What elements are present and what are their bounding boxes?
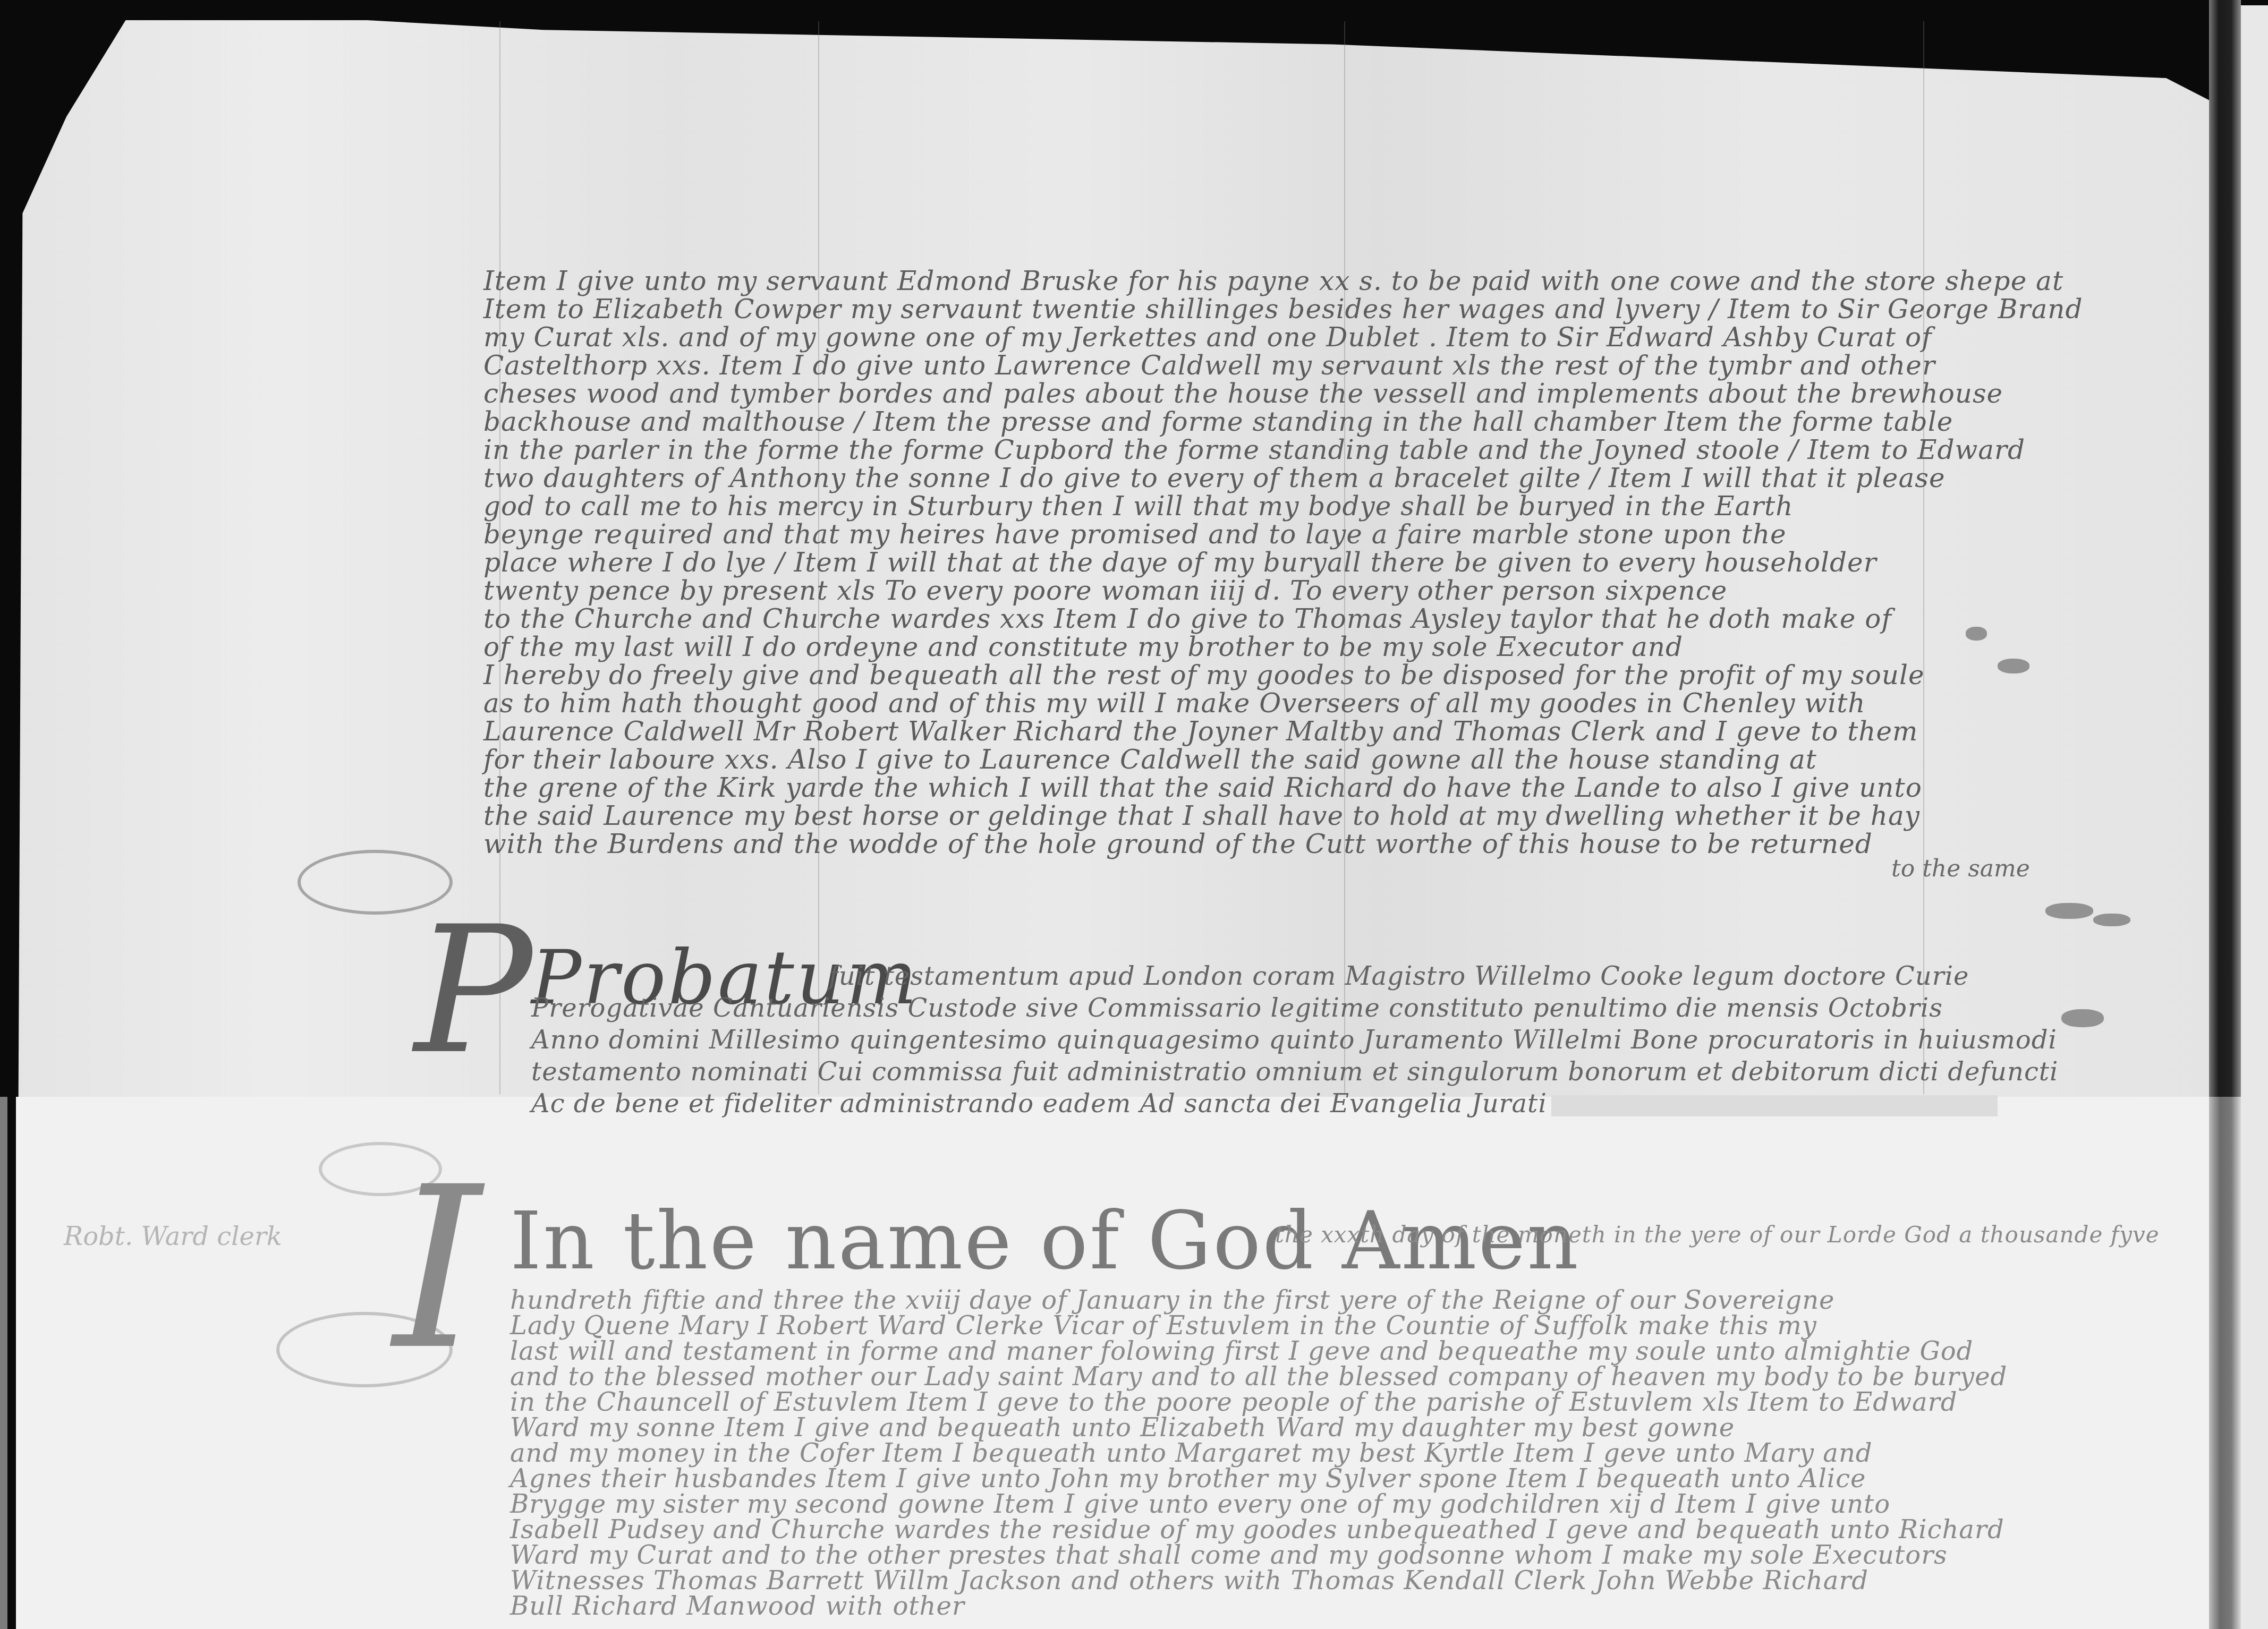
decorated-initial-p: P [414, 903, 532, 1078]
text-line: Item I give unto my servaunt Edmond Brus… [483, 266, 2063, 296]
text-line: the xxxth day of the moneth in the yere … [1275, 1222, 2160, 1248]
ink-blot [1998, 659, 2029, 673]
binding-gutter-lower [2209, 1097, 2241, 1629]
text-line: of the my last will I do ordeyne and con… [483, 632, 1683, 662]
text-line: to the Churche and Churche wardes xxs It… [483, 603, 1892, 634]
text-line: Castelthorp xxs. Item I do give unto Law… [483, 350, 1935, 381]
text-line: place where I do lye / Item I will that … [483, 547, 1877, 578]
text-line: the said Laurence my best horse or geldi… [483, 800, 1920, 831]
text-line: testamento nominati Cui commissa fuit ad… [531, 1057, 2058, 1087]
ink-blot [2093, 914, 2130, 926]
text-line: for their laboure xxs. Also I give to La… [483, 744, 1817, 775]
closing-note: to the same [1891, 855, 2030, 882]
text-line: Prerogativae Cantuariensis Custode sive … [531, 993, 1943, 1023]
text-line: I hereby do freely give and bequeath all… [483, 660, 1925, 690]
ink-blot [2045, 903, 2093, 919]
text-line: with the Burdens and the wodde of the ho… [483, 829, 1873, 859]
text-line: beynge required and that my heires have … [483, 519, 1787, 550]
text-line: as to him hath thought good and of this … [483, 688, 1865, 719]
decorated-initial-i: I [393, 1158, 481, 1381]
text-line: Ac de bene et fideliter administrando ea… [531, 1089, 1547, 1119]
text-line: my Curat xls. and of my gowne one of my … [483, 322, 1932, 353]
text-line: backhouse and malthouse / Item the press… [483, 406, 1953, 437]
text-line: the grene of the Kirk yarde the which I … [483, 772, 1922, 803]
text-line: Item to Elizabeth Cowper my servaunt twe… [483, 294, 2083, 325]
margin-note: Robt. Ward clerk [64, 1222, 282, 1251]
text-line: fuit testamentum apud London coram Magis… [829, 961, 1969, 991]
fold-line [1923, 21, 1924, 1094]
left-edge-strip [0, 1097, 7, 1629]
text-line: two daughters of Anthony the sonne I do … [483, 463, 1946, 493]
text-line: twenty pence by present xls To every poo… [483, 575, 1727, 606]
text-line: in the parler in the forme the forme Cup… [483, 434, 2025, 465]
text-line: Bull Richard Manwood with other [510, 1591, 965, 1621]
text-line: Anno domini Millesimo quingentesimo quin… [531, 1025, 2057, 1055]
text-line: Laurence Caldwell Mr Robert Walker Richa… [483, 716, 1918, 747]
adjacent-page-edge [2241, 5, 2268, 1629]
scan-patch [1551, 1095, 1998, 1116]
manuscript-scan: Item I give unto my servaunt Edmond Brus… [0, 0, 2268, 1629]
text-line: god to call me to his mercy in Sturbury … [483, 491, 1793, 522]
ink-blot [1966, 627, 1987, 641]
text-line: cheses wood and tymber bordes and pales … [483, 378, 2003, 409]
ink-blot [2061, 1009, 2104, 1027]
